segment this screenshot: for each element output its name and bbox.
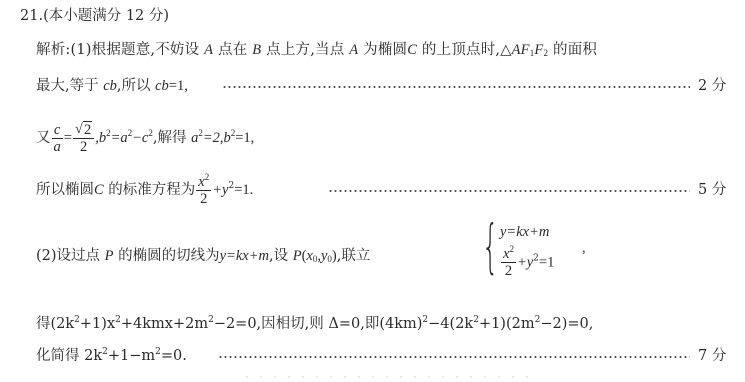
text: −4(2k (428, 316, 473, 332)
text: =1, (235, 130, 254, 146)
problem-points: (本小题满分 12 分) (43, 8, 169, 24)
text: =0. (161, 348, 187, 364)
problem-header: 21.(本小题满分 12 分) (20, 6, 169, 26)
text: +1)x (80, 316, 115, 332)
fraction-c-over-a: ca (52, 122, 63, 155)
var-AF: AF (512, 42, 530, 58)
system-eq-1: y=kx+m (500, 222, 549, 242)
var-cb: cb (103, 78, 117, 94)
solution-line-6: 得(2k2+1)x2+4kmx+2m2−2=0,因相切,则 Δ=0,即(4km)… (36, 314, 593, 334)
solution-line-7: 化简得 2k2+1−m2=0. (36, 346, 187, 366)
equals: = (64, 130, 72, 146)
text: 化简得 2k (36, 348, 102, 364)
fraction-sqrt2-over-2: 22 (73, 122, 94, 155)
text: ,解得 (153, 130, 187, 146)
var-C: C (407, 42, 417, 58)
sup: 2 (205, 172, 210, 182)
dot-leader (222, 86, 690, 88)
equation-system: { y=kx+m x22+y2=1 , (482, 222, 712, 282)
text: ,联立 (337, 248, 371, 264)
text: (2)设过点 (36, 248, 100, 264)
score-5: 5 分 (698, 180, 726, 200)
subscript: 2 (543, 48, 548, 58)
var-C: C (94, 182, 104, 198)
tangent-equation: y=kx+m (220, 248, 269, 264)
var-P: P (105, 248, 114, 264)
text: 又 (36, 130, 51, 146)
text: 为椭圆 (363, 42, 407, 58)
text: ,b (95, 130, 106, 146)
text: +y (517, 255, 533, 271)
text: 解析:(1)根据题意,不妨设 (36, 42, 199, 58)
text: 的上顶点时,△ (422, 42, 512, 58)
cropped-next-line (240, 372, 530, 382)
text: =1, (169, 78, 188, 94)
text: 的面积 (553, 42, 597, 58)
text: 所以椭圆 (36, 182, 94, 198)
solution-line-1: 解析:(1)根据题意,不妨设 A 点在 B 点上方,当点 A 为椭圆C 的上顶点… (36, 40, 597, 60)
denominator: 2 (196, 191, 211, 207)
solution-line-4: 所以椭圆C 的标准方程为x22+y2=1. (36, 170, 253, 210)
denominator: 2 (501, 263, 516, 279)
text: =a (111, 130, 128, 146)
var-P: P (293, 248, 302, 264)
fraction-x2-over-2: x22 (196, 174, 211, 207)
denominator: a (52, 139, 63, 155)
solution-line-5: (2)设过点 P 的椭圆的切线为y=kx+m,设 P(x0,y0),联立 (36, 246, 370, 266)
system-eq-2: x22+y2=1 (500, 246, 554, 279)
text: +1−m (108, 348, 155, 364)
dot-leader (328, 190, 690, 192)
score-7: 7 分 (698, 346, 726, 366)
var-B: B (252, 42, 261, 58)
var-cb: cb (155, 78, 169, 94)
solution-line-2: 最大,等于 cb,所以 cb=1, (36, 76, 188, 96)
denominator: 2 (73, 139, 94, 155)
text: ,设 (269, 248, 288, 264)
sup: 2 (509, 244, 514, 254)
problem-number: 21. (20, 8, 43, 24)
left-brace-icon: { (482, 216, 499, 276)
text: 点上方,当点 (266, 42, 344, 58)
dot-leader (218, 356, 690, 358)
var-A: A (349, 42, 358, 58)
text: 的标准方程为 (108, 182, 195, 198)
numerator: c (52, 122, 63, 139)
fraction-x2-over-2: x22 (501, 246, 516, 279)
text: +1)(2m (479, 316, 535, 332)
text: −c (132, 130, 148, 146)
text: 最大,等于 (36, 78, 99, 94)
text: ,所以 (117, 78, 151, 94)
text: =2,b (203, 130, 231, 146)
system-comma: , (582, 240, 586, 257)
text: +y (212, 182, 228, 198)
var-A: A (204, 42, 213, 58)
text: =1. (234, 182, 253, 198)
score-2: 2 分 (698, 76, 726, 96)
text: −2)=0, (540, 316, 593, 332)
text: =1 (539, 255, 554, 271)
radicand: 2 (83, 121, 92, 138)
text: 得(2k (36, 316, 74, 332)
sqrt-symbol: 2 (75, 122, 92, 138)
text: 的椭圆的切线为 (118, 248, 220, 264)
text: +4kmx+2m (121, 316, 208, 332)
text: 点在 (218, 42, 247, 58)
text: −2=0,因相切,则 Δ=0,即(4km) (214, 316, 423, 332)
solution-line-3: 又ca=22,b2=a2−c2,解得 a2=2,b2=1, (36, 118, 254, 160)
